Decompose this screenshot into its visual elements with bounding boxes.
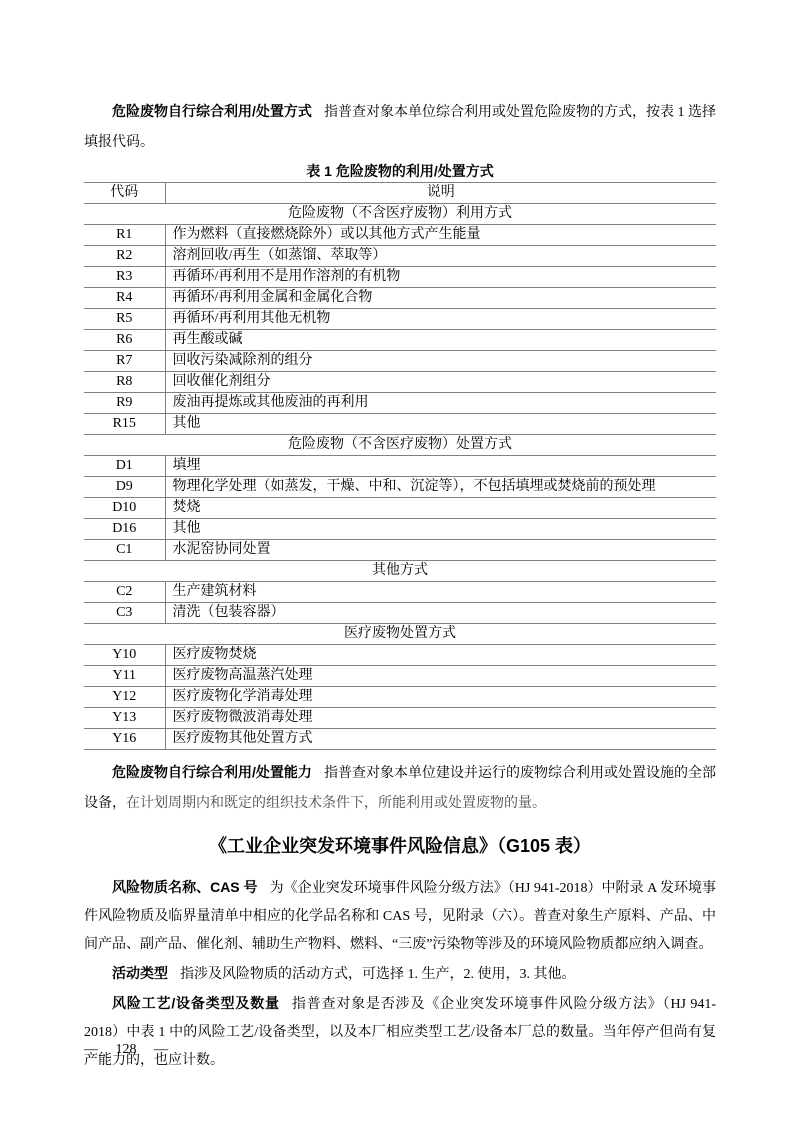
- table-row: Y10医疗废物焚烧: [84, 645, 716, 666]
- table-row: R6再生酸或碱: [84, 330, 716, 351]
- para-activity-type-body: 指涉及风险物质的活动方式，可选择 1. 生产，2. 使用，3. 其他。: [180, 967, 576, 982]
- table-row: D16其他: [84, 519, 716, 540]
- page-number: — 128 —: [84, 1042, 168, 1058]
- table-row: R4再循环/再利用金属和金属化合物: [84, 288, 716, 309]
- para-disposal-method: 危险废物自行综合利用/处置方式指普查对象本单位综合利用或处置危险废物的方式，按表…: [84, 96, 716, 158]
- desc-cell: 生产建筑材料: [165, 582, 716, 603]
- para-disposal-method-lead: 危险废物自行综合利用/处置方式: [112, 103, 312, 119]
- code-cell: Y16: [84, 729, 165, 750]
- para-risk-process: 风险工艺/设备类型及数量指普查对象是否涉及《企业突发环境事件风险分级方法》（HJ…: [84, 989, 716, 1075]
- code-cell: C3: [84, 603, 165, 624]
- table-row: D1填埋: [84, 456, 716, 477]
- desc-cell: 医疗废物微波消毒处理: [165, 708, 716, 729]
- code-cell: Y12: [84, 687, 165, 708]
- desc-cell: 医疗废物焚烧: [165, 645, 716, 666]
- code-cell: D1: [84, 456, 165, 477]
- code-cell: Y13: [84, 708, 165, 729]
- para-disposal-capacity: 危险废物自行综合利用/处置能力指普查对象本单位建设并运行的废物综合利用或处置设施…: [84, 757, 716, 819]
- table-row: R2溶剂回收/再生（如蒸馏、萃取等）: [84, 246, 716, 267]
- code-cell: R15: [84, 414, 165, 435]
- table-row: R1作为燃料（直接燃烧除外）或以其他方式产生能量: [84, 225, 716, 246]
- code-cell: C1: [84, 540, 165, 561]
- para-activity-type-lead: 活动类型: [112, 965, 168, 981]
- table-row: Y12医疗废物化学消毒处理: [84, 687, 716, 708]
- para-disposal-capacity-body-muted: 在计划周期内和既定的组织技术条件下，所能利用或处置废物的量。: [126, 796, 546, 811]
- desc-cell: 回收污染减除剂的组分: [165, 351, 716, 372]
- table-section-row: 医疗废物处置方式: [84, 624, 716, 645]
- table-row: R15其他: [84, 414, 716, 435]
- para-risk-substance-lead: 风险物质名称、CAS 号: [112, 879, 258, 895]
- section-cell: 医疗废物处置方式: [84, 624, 716, 645]
- desc-cell: 回收催化剂组分: [165, 372, 716, 393]
- table-row: Y13医疗废物微波消毒处理: [84, 708, 716, 729]
- code-cell: C2: [84, 582, 165, 603]
- desc-cell: 焚烧: [165, 498, 716, 519]
- table-row: D10焚烧: [84, 498, 716, 519]
- code-cell: R6: [84, 330, 165, 351]
- section-cell: 危险废物（不含医疗废物）处置方式: [84, 435, 716, 456]
- desc-cell: 再循环/再利用金属和金属化合物: [165, 288, 716, 309]
- table-section-row: 其他方式: [84, 561, 716, 582]
- table-row: D9物理化学处理（如蒸发，干燥、中和、沉淀等），不包括填埋或焚烧前的预处理: [84, 477, 716, 498]
- table-row: R7回收污染减除剂的组分: [84, 351, 716, 372]
- table-caption: 表 1 危险废物的利用/处置方式: [84, 160, 716, 182]
- desc-cell: 再循环/再利用其他无机物: [165, 309, 716, 330]
- desc-cell: 医疗废物化学消毒处理: [165, 687, 716, 708]
- table-row: C2生产建筑材料: [84, 582, 716, 603]
- para-risk-process-lead: 风险工艺/设备类型及数量: [112, 995, 280, 1011]
- desc-cell: 清洗（包装容器）: [165, 603, 716, 624]
- desc-cell: 填埋: [165, 456, 716, 477]
- table-row: Y16医疗废物其他处置方式: [84, 729, 716, 750]
- code-cell: R4: [84, 288, 165, 309]
- desc-column-header: 说明: [165, 183, 716, 204]
- table-row: C1水泥窑协同处置: [84, 540, 716, 561]
- code-cell: D10: [84, 498, 165, 519]
- code-cell: R8: [84, 372, 165, 393]
- document-page: 危险废物自行综合利用/处置方式指普查对象本单位综合利用或处置危险废物的方式，按表…: [0, 0, 800, 1131]
- section-cell: 其他方式: [84, 561, 716, 582]
- section-cell: 危险废物（不含医疗废物）利用方式: [84, 204, 716, 225]
- para-disposal-capacity-lead: 危险废物自行综合利用/处置能力: [112, 764, 312, 780]
- code-cell: R1: [84, 225, 165, 246]
- table-section-row: 危险废物（不含医疗废物）处置方式: [84, 435, 716, 456]
- desc-cell: 其他: [165, 414, 716, 435]
- table-row: C3清洗（包装容器）: [84, 603, 716, 624]
- desc-cell: 再循环/再利用不是用作溶剂的有机物: [165, 267, 716, 288]
- code-cell: R3: [84, 267, 165, 288]
- page-content: 危险废物自行综合利用/处置方式指普查对象本单位综合利用或处置危险废物的方式，按表…: [0, 0, 800, 1075]
- code-column-header: 代码: [84, 183, 165, 204]
- desc-cell: 医疗废物其他处置方式: [165, 729, 716, 750]
- code-cell: R7: [84, 351, 165, 372]
- desc-cell: 物理化学处理（如蒸发，干燥、中和、沉淀等），不包括填埋或焚烧前的预处理: [165, 477, 716, 498]
- code-cell: D9: [84, 477, 165, 498]
- desc-cell: 医疗废物高温蒸汽处理: [165, 666, 716, 687]
- code-cell: R2: [84, 246, 165, 267]
- desc-cell: 作为燃料（直接燃烧除外）或以其他方式产生能量: [165, 225, 716, 246]
- table-row: R5再循环/再利用其他无机物: [84, 309, 716, 330]
- table-row: R9废油再提炼或其他废油的再利用: [84, 393, 716, 414]
- para-risk-substance: 风险物质名称、CAS 号为《企业突发环境事件风险分级方法》（HJ 941-201…: [84, 873, 716, 959]
- code-cell: R5: [84, 309, 165, 330]
- table-row: Y11医疗废物高温蒸汽处理: [84, 666, 716, 687]
- desc-cell: 其他: [165, 519, 716, 540]
- desc-cell: 水泥窑协同处置: [165, 540, 716, 561]
- desc-cell: 废油再提炼或其他废油的再利用: [165, 393, 716, 414]
- hazardous-waste-table: 代码 说明 危险废物（不含医疗废物）利用方式 R1作为燃料（直接燃烧除外）或以其…: [84, 182, 716, 750]
- table-section-row: 危险废物（不含医疗废物）利用方式: [84, 204, 716, 225]
- code-cell: Y11: [84, 666, 165, 687]
- code-cell: Y10: [84, 645, 165, 666]
- table-row: R8回收催化剂组分: [84, 372, 716, 393]
- section-heading-g105: 《工业企业突发环境事件风险信息》（G105 表）: [84, 832, 716, 860]
- para-activity-type: 活动类型指涉及风险物质的活动方式，可选择 1. 生产，2. 使用，3. 其他。: [84, 959, 716, 989]
- table-header-row: 代码 说明: [84, 183, 716, 204]
- desc-cell: 再生酸或碱: [165, 330, 716, 351]
- code-cell: R9: [84, 393, 165, 414]
- table-row: R3再循环/再利用不是用作溶剂的有机物: [84, 267, 716, 288]
- desc-cell: 溶剂回收/再生（如蒸馏、萃取等）: [165, 246, 716, 267]
- code-cell: D16: [84, 519, 165, 540]
